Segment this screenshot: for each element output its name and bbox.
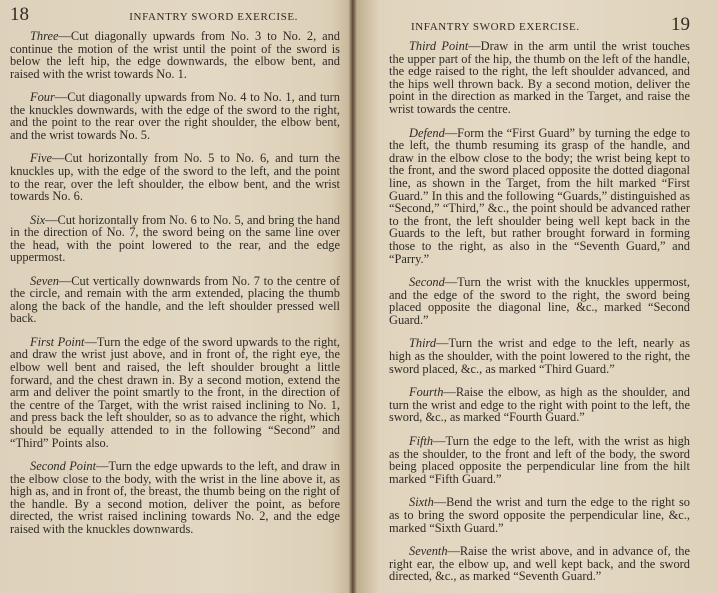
paragraph-text: —Cut horizontally from No. 6 to No. 5, a… — [10, 213, 340, 265]
page-header: 18 INFANTRY SWORD EXERCISE. — [10, 4, 340, 30]
page-number: 18 — [10, 4, 29, 26]
paragraph-third-point: Third Point—Draw in the arm until the wr… — [389, 40, 690, 116]
paragraph-text: —Bend the wrist and turn the edge to the… — [389, 495, 690, 534]
right-page: INFANTRY SWORD EXERCISE. 19 Third Point—… — [356, 0, 717, 593]
paragraph-seventh-guard: Seventh—Raise the wrist above, and in ad… — [389, 545, 690, 583]
page-number: 19 — [671, 14, 690, 36]
book-spread: 18 INFANTRY SWORD EXERCISE. Three—Cut di… — [0, 0, 717, 593]
paragraph-text: —Cut vertically downwards from No. 7 to … — [10, 274, 340, 326]
paragraph-second-guard: Second—Turn the wrist with the knuckles … — [389, 276, 690, 326]
paragraph-fourth-guard: Fourth—Raise the elbow, as high as the s… — [389, 386, 690, 424]
paragraph-third-guard: Third—Turn the wrist and edge to the lef… — [389, 337, 690, 375]
paragraph-six: Six—Cut horizontally from No. 6 to No. 5… — [10, 214, 340, 264]
paragraph-text: —Turn the edge of the sword upwards to t… — [10, 335, 340, 450]
paragraph-three: Three—Cut diagonally upwards from No. 3 … — [10, 30, 340, 80]
paragraph-text: —Turn the edge to the left, with the wri… — [389, 434, 690, 486]
running-head: INFANTRY SWORD EXERCISE. — [129, 11, 298, 23]
paragraph-defend: Defend—Form the “First Guard” by turning… — [389, 127, 690, 266]
paragraph-first-point: First Point—Turn the edge of the sword u… — [10, 336, 340, 449]
paragraph-fifth-guard: Fifth—Turn the edge to the left, with th… — [389, 435, 690, 485]
paragraph-sixth-guard: Sixth—Bend the wrist and turn the edge t… — [389, 496, 690, 534]
paragraph-text: —Cut horizontally from No. 5 to No. 6, a… — [10, 151, 340, 203]
paragraph-five: Five—Cut horizontally from No. 5 to No. … — [10, 152, 340, 202]
paragraph-seven: Seven—Cut vertically downwards from No. … — [10, 275, 340, 325]
page-header: INFANTRY SWORD EXERCISE. 19 — [389, 14, 690, 40]
paragraph-text: —Cut diagonally upwards from No. 4 to No… — [10, 90, 340, 142]
paragraph-text: —Cut diagonally upwards from No. 3 to No… — [10, 29, 340, 81]
paragraph-four: Four—Cut diagonally upwards from No. 4 t… — [10, 91, 340, 141]
paragraph-second-point: Second Point—Turn the edge upwards to th… — [10, 460, 340, 536]
paragraph-text: —Form the “First Guard” by turning the e… — [389, 126, 690, 266]
left-page: 18 INFANTRY SWORD EXERCISE. Three—Cut di… — [0, 0, 352, 593]
running-head: INFANTRY SWORD EXERCISE. — [411, 21, 580, 33]
